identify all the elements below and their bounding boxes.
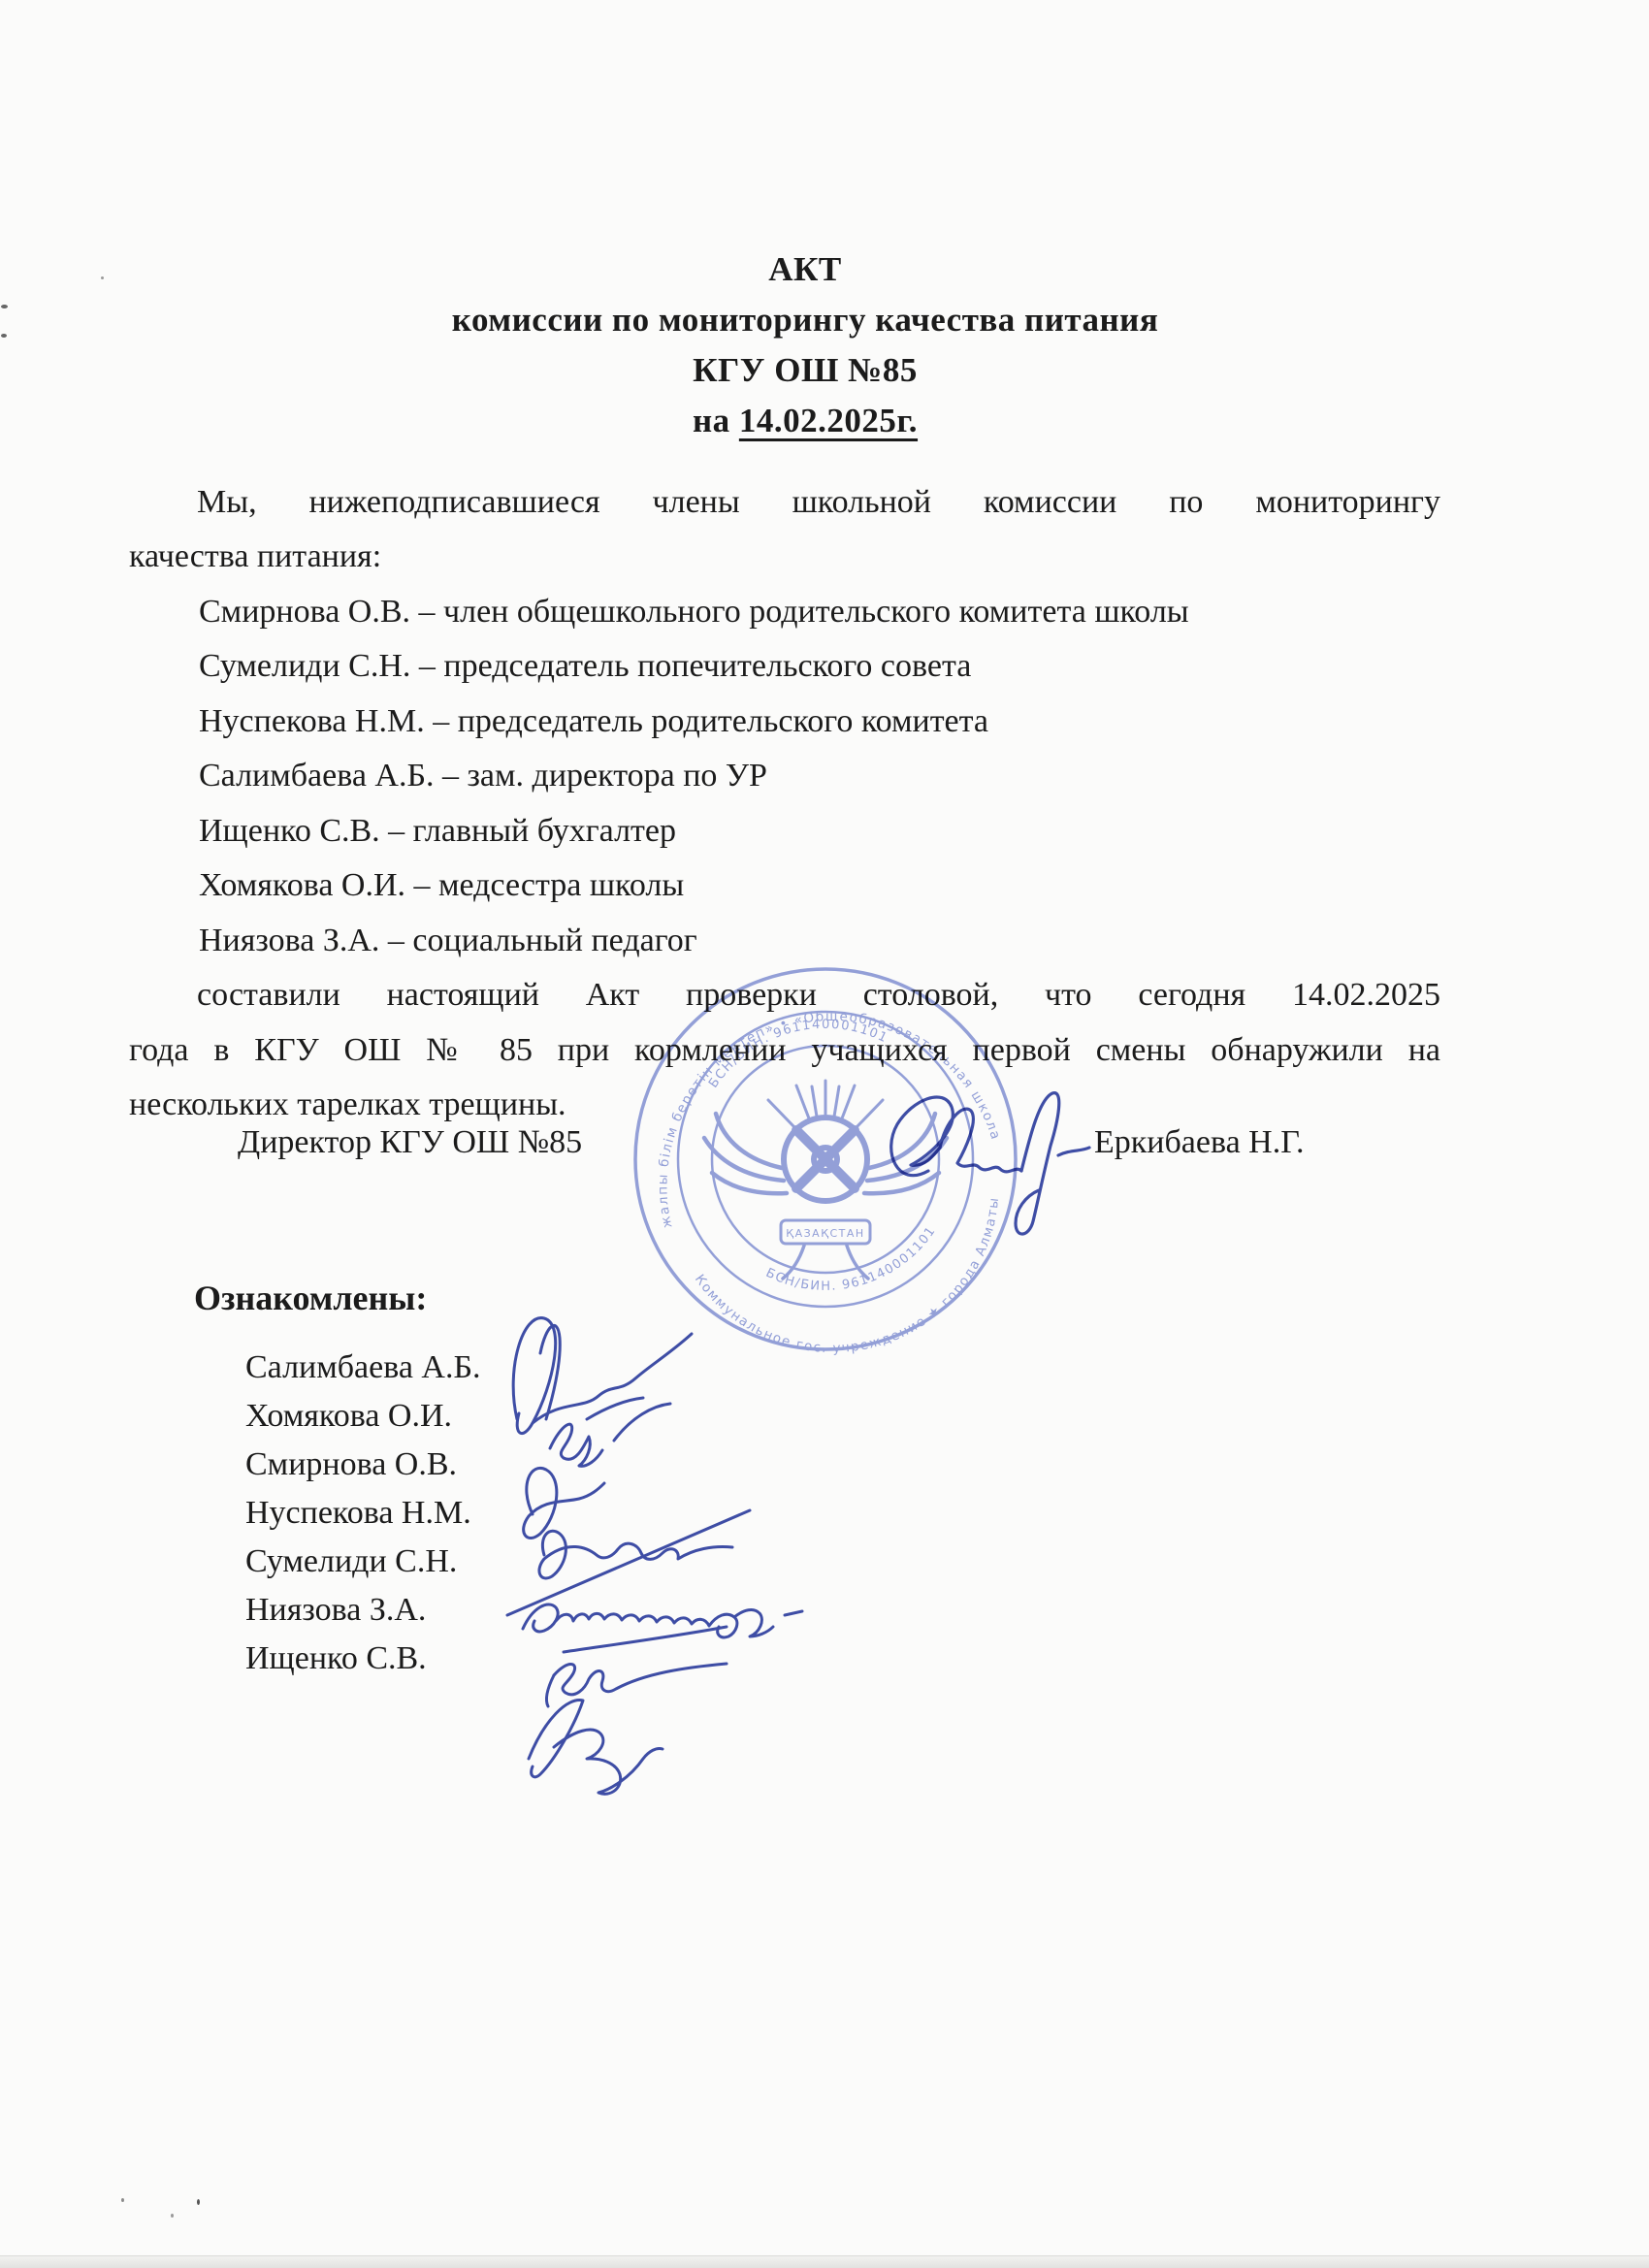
acknowledged-name: Ниязова З.А. [245,1589,426,1632]
acknowledged-name: Салимбаева А.Б. [245,1346,481,1389]
doc-title-date-line: на 14.02.2025г. [131,396,1479,446]
acknowledged-name: Сумелиди С.Н. [245,1540,457,1583]
intro-line: качества питания: [129,535,1440,578]
scan-speck [101,276,104,279]
scan-speck [1,334,7,338]
scan-speck [1,305,8,308]
director-label: Директор КГУ ОШ №85 [238,1121,582,1164]
scan-speck [197,2199,200,2205]
date-prefix: на [693,402,739,439]
doc-title-act: АКТ [131,244,1479,295]
member-line: Смирнова О.В. – член общешкольного родит… [129,591,1440,633]
acknowledged-name: Хомякова О.И. [245,1395,452,1438]
stamp-center-banner-text: ҚАЗАҚСТАН [786,1227,864,1240]
director-signature-icon [868,1043,1198,1256]
acknowledged-name: Ищенко С.В. [245,1637,427,1680]
scan-bottom-edge [0,2255,1649,2268]
member-line: Сумелиди С.Н. – председатель попечительс… [129,645,1440,688]
member-line: Ищенко С.В. – главный бухгалтер [129,810,1440,853]
title-block: АКТ комиссии по мониторингу качества пит… [131,244,1479,446]
acknowledged-signatures-icon [490,1295,1111,1809]
acknowledged-name: Смирнова О.В. [245,1443,457,1486]
doc-date: 14.02.2025г. [739,402,918,439]
acknowledged-name: Нуспекова Н.М. [245,1492,471,1535]
member-line: Ниязова З.А. – социальный педагог [129,920,1440,962]
doc-title-school: КГУ ОШ №85 [131,345,1479,396]
member-line: Хомякова О.И. – медсестра школы [129,864,1440,907]
member-line: Нуспекова Н.М. – председатель родительск… [129,700,1440,743]
intro-line: Мы, нижеподписавшиеся члены школьной ком… [129,481,1440,524]
scan-speck [171,2214,174,2218]
member-line: Салимбаева А.Б. – зам. директора по УР [129,755,1440,797]
acknowledged-heading: Ознакомлены: [194,1277,427,1319]
scanned-document-page: АКТ комиссии по мониторингу качества пит… [0,0,1649,2268]
doc-title-commission: комиссии по мониторингу качества питания [131,295,1479,345]
scan-speck [121,2198,124,2202]
